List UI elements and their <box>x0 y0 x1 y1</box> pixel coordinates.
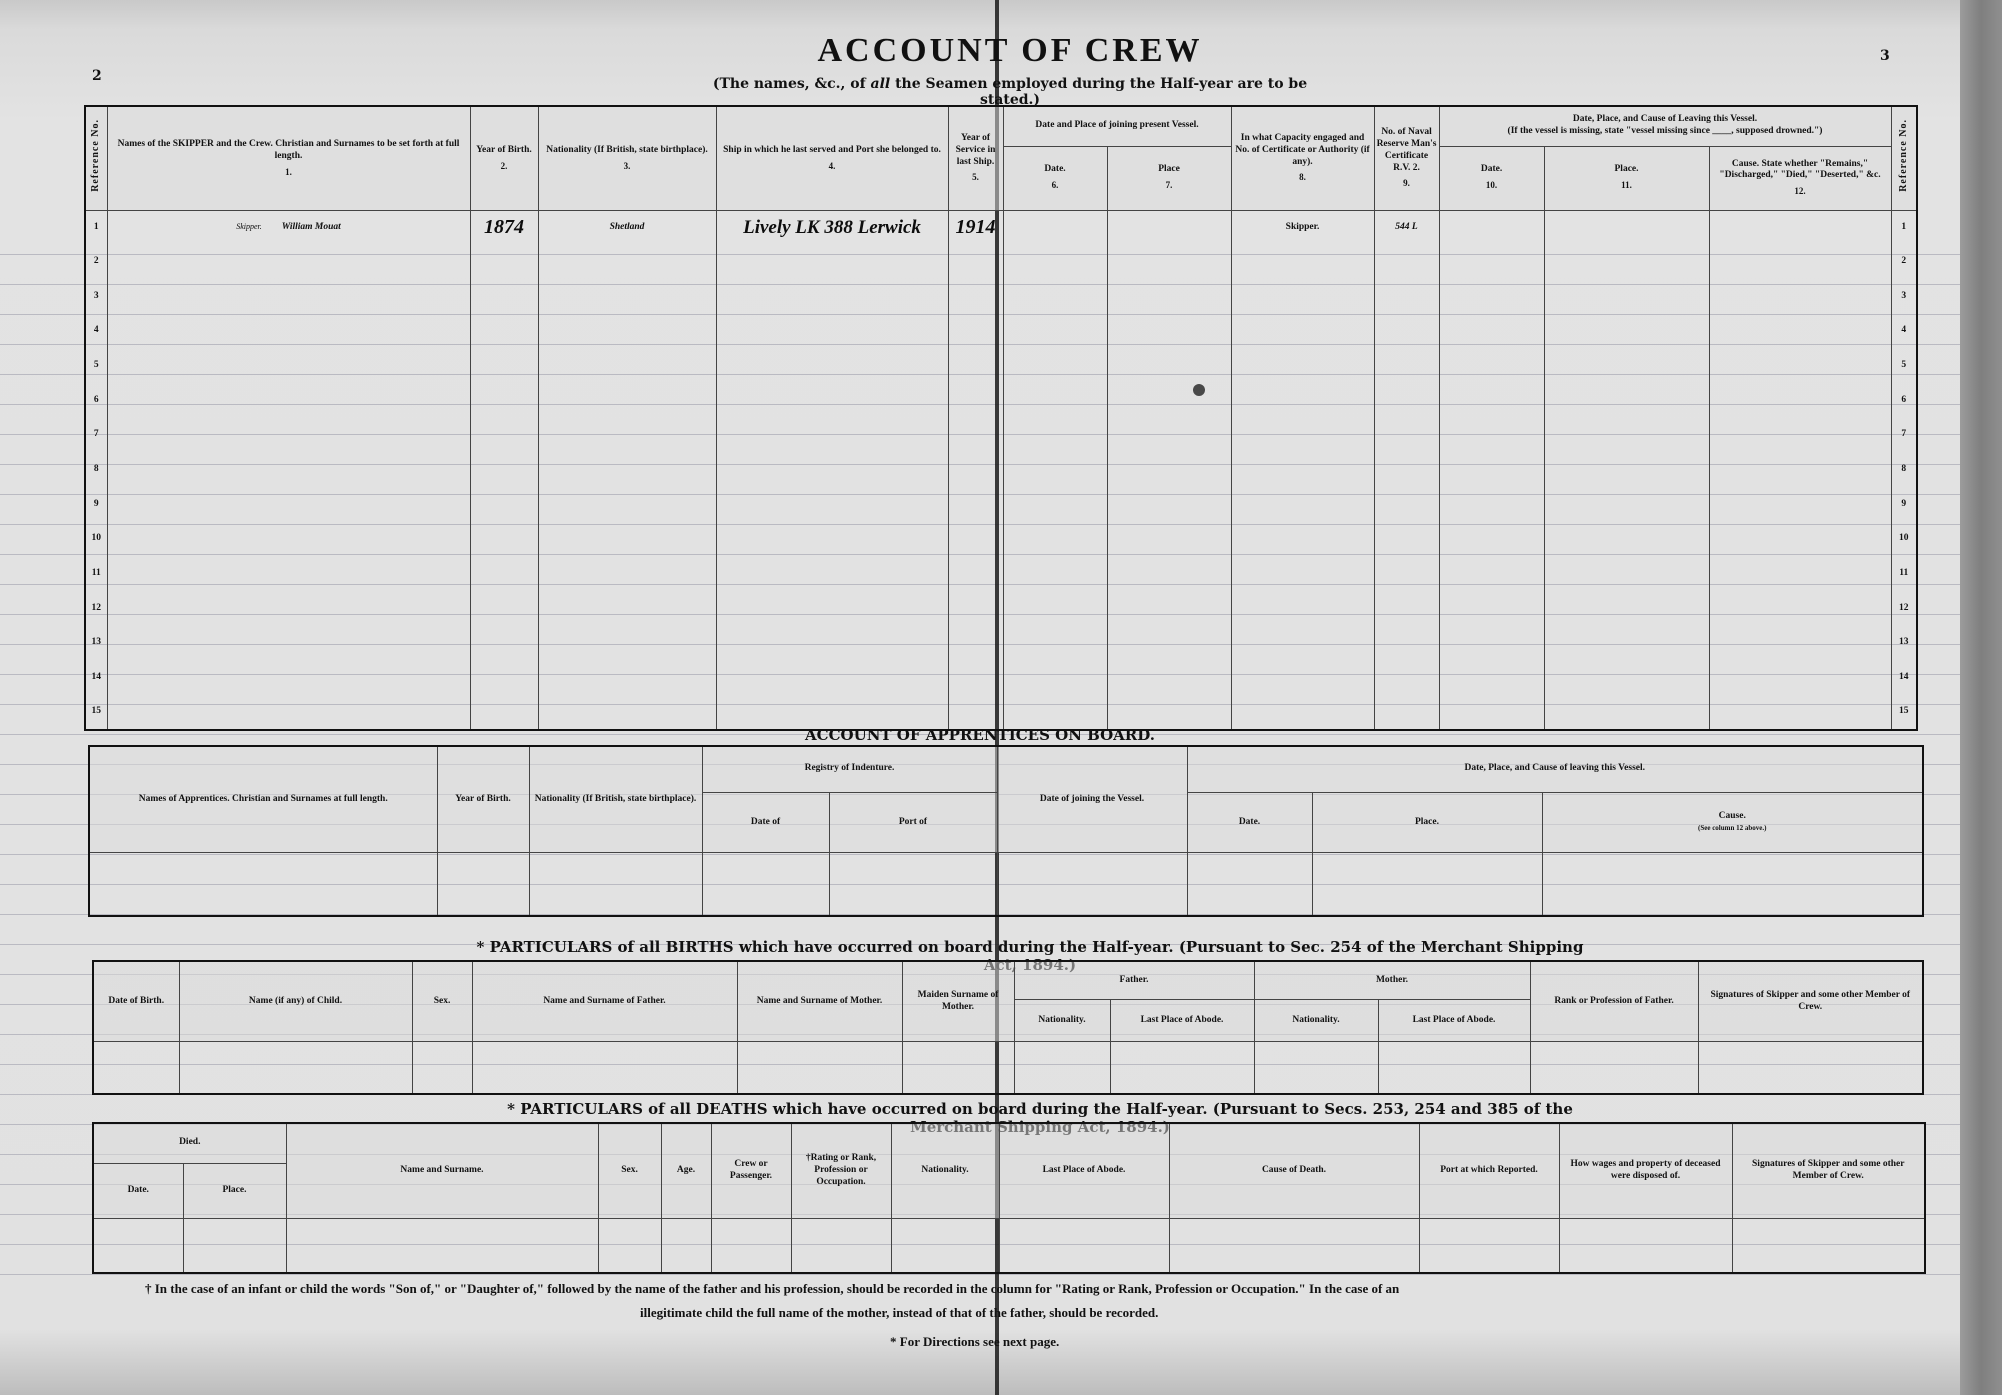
leave-cause-cell[interactable] <box>1709 418 1891 453</box>
last-ship-cell[interactable]: Lively LK 388 Lerwick <box>716 210 948 245</box>
crew-name-cell[interactable] <box>107 279 470 314</box>
year-of-birth-cell[interactable] <box>470 349 538 384</box>
header-apprentice-name: Names of Apprentices. Christian and Surn… <box>89 746 437 853</box>
leave-date-cell[interactable] <box>1439 626 1544 661</box>
leave-date-cell[interactable] <box>1439 245 1544 280</box>
join-place-cell[interactable] <box>1107 522 1231 557</box>
leave-date-cell[interactable] <box>1439 695 1544 730</box>
last-ship-cell[interactable] <box>716 383 948 418</box>
crew-row: 1212 <box>85 591 1917 626</box>
capacity-cell[interactable] <box>1231 591 1374 626</box>
reference-number: 7 <box>85 418 107 453</box>
last-ship-cell[interactable] <box>716 557 948 592</box>
reference-number-right: 13 <box>1891 626 1917 661</box>
capacity-cell[interactable] <box>1231 279 1374 314</box>
service-year-cell[interactable] <box>948 314 1003 349</box>
crew-table: Reference No. Names of the SKIPPER and t… <box>84 105 1918 731</box>
footnote-line-1: † In the case of an infant or child the … <box>145 1281 1925 1297</box>
join-place-cell[interactable] <box>1107 695 1231 730</box>
nationality-cell[interactable] <box>538 418 716 453</box>
capacity-cell[interactable] <box>1231 661 1374 696</box>
death-cell[interactable] <box>93 1218 183 1273</box>
nationality-cell[interactable] <box>538 453 716 488</box>
rv2-cell[interactable] <box>1374 349 1439 384</box>
page-subtitle: (The names, &c., of all the Seamen emplo… <box>700 76 1320 108</box>
capacity-cell[interactable] <box>1231 418 1374 453</box>
reference-number-right: 10 <box>1891 522 1917 557</box>
leave-place-cell[interactable] <box>1544 245 1709 280</box>
rv2-cell[interactable] <box>1374 418 1439 453</box>
last-ship-cell[interactable] <box>716 453 948 488</box>
apprentice-cell[interactable] <box>702 853 829 916</box>
join-place-cell[interactable] <box>1107 245 1231 280</box>
leave-cause-cell[interactable] <box>1709 695 1891 730</box>
header-apprentice-leaving: Date, Place, and Cause of leaving this V… <box>1187 746 1923 792</box>
reference-number-right: 6 <box>1891 383 1917 418</box>
apprentice-cell[interactable] <box>829 853 997 916</box>
header-apprentice-leave-date: Date. <box>1187 792 1312 853</box>
birth-cell[interactable] <box>1014 1042 1110 1095</box>
header-father-nationality: Nationality. <box>1014 1000 1110 1042</box>
leave-cause-cell[interactable] <box>1709 487 1891 522</box>
death-cell[interactable] <box>1169 1218 1419 1273</box>
rv2-cell[interactable] <box>1374 279 1439 314</box>
rv2-cell[interactable] <box>1374 245 1439 280</box>
header-leave-place: Place.11. <box>1544 146 1709 210</box>
join-date-cell[interactable] <box>1003 557 1107 592</box>
crew-name-cell[interactable] <box>107 626 470 661</box>
capacity-cell[interactable] <box>1231 349 1374 384</box>
leave-cause-cell[interactable] <box>1709 279 1891 314</box>
leave-cause-cell[interactable] <box>1709 626 1891 661</box>
rv2-cell[interactable] <box>1374 522 1439 557</box>
nationality-cell[interactable] <box>538 695 716 730</box>
service-year-cell[interactable] <box>948 626 1003 661</box>
header-leaving: Date, Place, and Cause of Leaving this V… <box>1439 106 1891 146</box>
join-date-cell[interactable] <box>1003 349 1107 384</box>
apprentice-cell[interactable] <box>529 853 702 916</box>
header-names: Names of the SKIPPER and the Crew. Chris… <box>107 106 470 210</box>
crew-row: 1111 <box>85 557 1917 592</box>
reference-number-right: 1 <box>1891 210 1917 245</box>
service-year-cell[interactable] <box>948 418 1003 453</box>
year-of-birth-cell[interactable] <box>470 591 538 626</box>
nationality-cell[interactable] <box>538 661 716 696</box>
service-year-cell[interactable] <box>948 349 1003 384</box>
page-title: ACCOUNT OF CREW <box>740 32 1280 70</box>
leave-place-cell[interactable] <box>1544 349 1709 384</box>
capacity-cell[interactable] <box>1231 487 1374 522</box>
header-apprentice-leave-cause: Cause.(See column 12 above.) <box>1542 792 1923 853</box>
header-father: Father. <box>1014 961 1254 1000</box>
join-date-cell[interactable] <box>1003 626 1107 661</box>
header-birth-signatures: Signatures of Skipper and some other Mem… <box>1698 961 1923 1042</box>
rv2-cell[interactable] <box>1374 626 1439 661</box>
death-cell[interactable] <box>286 1218 598 1273</box>
page-edge-shadow <box>1960 0 2002 1395</box>
join-date-cell[interactable] <box>1003 314 1107 349</box>
crew-name-cell[interactable] <box>107 522 470 557</box>
leave-place-cell[interactable] <box>1544 279 1709 314</box>
leave-date-cell[interactable] <box>1439 418 1544 453</box>
join-place-cell[interactable] <box>1107 487 1231 522</box>
apprentice-cell[interactable] <box>997 853 1187 916</box>
reference-number: 9 <box>85 487 107 522</box>
leave-date-cell[interactable] <box>1439 522 1544 557</box>
leave-cause-cell[interactable] <box>1709 210 1891 245</box>
leave-date-cell[interactable] <box>1439 487 1544 522</box>
crew-row: 1414 <box>85 661 1917 696</box>
nationality-cell[interactable] <box>538 626 716 661</box>
crew-row: 1010 <box>85 522 1917 557</box>
crew-row: 1313 <box>85 626 1917 661</box>
rv2-cell[interactable] <box>1374 487 1439 522</box>
leave-place-cell[interactable] <box>1544 695 1709 730</box>
death-cell[interactable] <box>711 1218 791 1273</box>
deaths-table: Died. Name and Surname. Sex. Age. Crew o… <box>92 1122 1926 1274</box>
reference-number: 1 <box>85 210 107 245</box>
reference-number-right: 15 <box>1891 695 1917 730</box>
header-apprentice-birth: Year of Birth. <box>437 746 529 853</box>
death-cell[interactable] <box>1419 1218 1559 1273</box>
service-year-cell[interactable] <box>948 591 1003 626</box>
leave-place-cell[interactable] <box>1544 453 1709 488</box>
last-ship-cell[interactable] <box>716 522 948 557</box>
header-capacity: In what Capacity engaged and No. of Cert… <box>1231 106 1374 210</box>
join-date-cell[interactable] <box>1003 418 1107 453</box>
birth-cell[interactable] <box>179 1042 412 1095</box>
crew-name: William Mouat <box>282 222 341 232</box>
header-join-place: Place7. <box>1107 146 1231 210</box>
leave-cause-cell[interactable] <box>1709 661 1891 696</box>
header-died: Died. <box>93 1123 286 1163</box>
leave-date-cell[interactable] <box>1439 279 1544 314</box>
service-year-cell[interactable] <box>948 522 1003 557</box>
leave-date-cell[interactable] <box>1439 591 1544 626</box>
last-ship-cell[interactable] <box>716 418 948 453</box>
rv2-cell[interactable] <box>1374 453 1439 488</box>
capacity-cell[interactable] <box>1231 557 1374 592</box>
header-crew-or-passenger: Crew or Passenger. <box>711 1123 791 1218</box>
leave-cause-cell[interactable] <box>1709 522 1891 557</box>
crew-row: 44 <box>85 314 1917 349</box>
service-year-cell[interactable] <box>948 279 1003 314</box>
join-place-cell[interactable] <box>1107 210 1231 245</box>
rv2-cell[interactable] <box>1374 591 1439 626</box>
crew-row: 99 <box>85 487 1917 522</box>
birth-cell[interactable] <box>1254 1042 1378 1095</box>
join-date-cell[interactable] <box>1003 279 1107 314</box>
reference-number-right: 5 <box>1891 349 1917 384</box>
header-father-abode: Last Place of Abode. <box>1110 1000 1254 1042</box>
nationality-cell[interactable] <box>538 383 716 418</box>
page-number-left: 2 <box>92 68 102 84</box>
header-death-age: Age. <box>661 1123 711 1218</box>
header-father-rank: Rank or Profession of Father. <box>1530 961 1698 1042</box>
join-place-cell[interactable] <box>1107 626 1231 661</box>
leave-date-cell[interactable] <box>1439 349 1544 384</box>
leave-place-cell[interactable] <box>1544 626 1709 661</box>
last-ship-cell[interactable] <box>716 279 948 314</box>
nationality-cell[interactable]: Shetland <box>538 210 716 245</box>
apprentice-cell[interactable] <box>1312 853 1542 916</box>
rv2-cell[interactable] <box>1374 557 1439 592</box>
crew-name-cell[interactable] <box>107 314 470 349</box>
footnote-line-2: illegitimate child the full name of the … <box>640 1305 1158 1321</box>
reference-number-right: 4 <box>1891 314 1917 349</box>
join-place-cell[interactable] <box>1107 453 1231 488</box>
capacity-cell[interactable] <box>1231 626 1374 661</box>
birth-cell[interactable] <box>1110 1042 1254 1095</box>
nationality-cell[interactable] <box>538 245 716 280</box>
crew-name-cell[interactable] <box>107 557 470 592</box>
birth-cell[interactable] <box>472 1042 737 1095</box>
service-year-cell[interactable] <box>948 695 1003 730</box>
capacity-cell[interactable]: Skipper. <box>1231 210 1374 245</box>
header-apprentice-nationality: Nationality (If British, state birthplac… <box>529 746 702 853</box>
header-year-of-birth: Year of Birth.2. <box>470 106 538 210</box>
header-registry: Registry of Indenture. <box>702 746 997 792</box>
header-birth-date: Date of Birth. <box>93 961 179 1042</box>
join-date-cell[interactable] <box>1003 210 1107 245</box>
header-reference-no-right: Reference No. <box>1891 106 1917 210</box>
nationality-cell[interactable] <box>538 314 716 349</box>
leave-place-cell[interactable] <box>1544 557 1709 592</box>
apprentice-cell[interactable] <box>437 853 529 916</box>
death-cell[interactable] <box>183 1218 286 1273</box>
header-leave-date: Date.10. <box>1439 146 1544 210</box>
header-death-name: Name and Surname. <box>286 1123 598 1218</box>
header-leave-cause: Cause. State whether "Remains," "Dischar… <box>1709 146 1891 210</box>
service-year-cell[interactable] <box>948 661 1003 696</box>
death-cell[interactable] <box>1732 1218 1925 1273</box>
crew-name-cell[interactable] <box>107 453 470 488</box>
apprentice-cell[interactable] <box>89 853 437 916</box>
year-of-birth-cell[interactable] <box>470 245 538 280</box>
crew-name-cell[interactable] <box>107 418 470 453</box>
header-death-abode: Last Place of Abode. <box>999 1123 1169 1218</box>
service-year-cell[interactable] <box>948 245 1003 280</box>
reference-number: 5 <box>85 349 107 384</box>
reference-number-right: 12 <box>1891 591 1917 626</box>
leave-date-cell[interactable] <box>1439 314 1544 349</box>
rv2-cell[interactable] <box>1374 695 1439 730</box>
nationality-cell[interactable] <box>538 487 716 522</box>
header-death-signatures: Signatures of Skipper and some other Mem… <box>1732 1123 1925 1218</box>
leave-cause-cell[interactable] <box>1709 453 1891 488</box>
year-of-birth-cell[interactable] <box>470 522 538 557</box>
apprentice-cell[interactable] <box>1187 853 1312 916</box>
last-ship-cell[interactable] <box>716 626 948 661</box>
header-mother: Mother. <box>1254 961 1530 1000</box>
year-of-birth-cell[interactable] <box>470 279 538 314</box>
leave-place-cell[interactable] <box>1544 210 1709 245</box>
crew-row: 1Skipper.William Mouat1874ShetlandLively… <box>85 210 1917 245</box>
apprentice-cell[interactable] <box>1542 853 1923 916</box>
capacity-cell[interactable] <box>1231 245 1374 280</box>
capacity-cell[interactable] <box>1231 522 1374 557</box>
crew-name-cell[interactable] <box>107 383 470 418</box>
leave-cause-cell[interactable] <box>1709 557 1891 592</box>
reference-number: 2 <box>85 245 107 280</box>
leave-date-cell[interactable] <box>1439 661 1544 696</box>
leave-cause-cell[interactable] <box>1709 383 1891 418</box>
year-of-birth-cell[interactable] <box>470 314 538 349</box>
last-ship-cell[interactable] <box>716 245 948 280</box>
nationality-cell[interactable] <box>538 279 716 314</box>
birth-cell[interactable] <box>93 1042 179 1095</box>
reference-number: 14 <box>85 661 107 696</box>
crew-name-cell[interactable]: Skipper.William Mouat <box>107 210 470 245</box>
leave-place-cell[interactable] <box>1544 591 1709 626</box>
join-date-cell[interactable] <box>1003 522 1107 557</box>
rv2-cell[interactable] <box>1374 383 1439 418</box>
leave-date-cell[interactable] <box>1439 210 1544 245</box>
header-reference-no: Reference No. <box>85 106 107 210</box>
header-nationality: Nationality (If British, state birthplac… <box>538 106 716 210</box>
join-place-cell[interactable] <box>1107 661 1231 696</box>
join-date-cell[interactable] <box>1003 591 1107 626</box>
capacity-cell[interactable] <box>1231 453 1374 488</box>
death-cell[interactable] <box>598 1218 661 1273</box>
service-year-cell[interactable]: 1914 <box>948 210 1003 245</box>
rv2-cell[interactable] <box>1374 661 1439 696</box>
leave-place-cell[interactable] <box>1544 661 1709 696</box>
crew-name-cell[interactable] <box>107 245 470 280</box>
crew-row: 55 <box>85 349 1917 384</box>
death-cell[interactable] <box>891 1218 999 1273</box>
year-of-birth-cell[interactable] <box>470 557 538 592</box>
header-death-date: Date. <box>93 1163 183 1218</box>
year-of-birth-cell[interactable] <box>470 418 538 453</box>
join-date-cell[interactable] <box>1003 661 1107 696</box>
reference-number-right: 7 <box>1891 418 1917 453</box>
join-date-cell[interactable] <box>1003 695 1107 730</box>
birth-cell[interactable] <box>737 1042 902 1095</box>
join-date-cell[interactable] <box>1003 245 1107 280</box>
nationality-cell[interactable] <box>538 591 716 626</box>
header-mother-nationality: Nationality. <box>1254 1000 1378 1042</box>
service-year-cell[interactable] <box>948 557 1003 592</box>
rv2-cell[interactable] <box>1374 314 1439 349</box>
last-ship-cell[interactable] <box>716 661 948 696</box>
reference-number-right: 3 <box>1891 279 1917 314</box>
leave-date-cell[interactable] <box>1439 453 1544 488</box>
join-place-cell[interactable] <box>1107 349 1231 384</box>
join-date-cell[interactable] <box>1003 383 1107 418</box>
death-cell[interactable] <box>1559 1218 1732 1273</box>
leave-cause-cell[interactable] <box>1709 314 1891 349</box>
header-father-name: Name and Surname of Father. <box>472 961 737 1042</box>
leave-cause-cell[interactable] <box>1709 245 1891 280</box>
header-last-ship: Ship in which he last served and Port sh… <box>716 106 948 210</box>
reference-number: 13 <box>85 626 107 661</box>
header-death-sex: Sex. <box>598 1123 661 1218</box>
header-death-nationality: Nationality. <box>891 1123 999 1218</box>
leave-cause-cell[interactable] <box>1709 349 1891 384</box>
crew-name-cell[interactable] <box>107 695 470 730</box>
birth-cell[interactable] <box>1378 1042 1530 1095</box>
year-of-birth-cell[interactable] <box>470 661 538 696</box>
crew-name-cell[interactable] <box>107 661 470 696</box>
leave-place-cell[interactable] <box>1544 314 1709 349</box>
header-rating: †Rating or Rank, Profession or Occupatio… <box>791 1123 891 1218</box>
birth-cell[interactable] <box>902 1042 1014 1095</box>
leave-place-cell[interactable] <box>1544 522 1709 557</box>
last-ship-cell[interactable] <box>716 695 948 730</box>
nationality-cell[interactable] <box>538 522 716 557</box>
death-cell[interactable] <box>791 1218 891 1273</box>
year-of-birth-cell[interactable] <box>470 383 538 418</box>
join-place-cell[interactable] <box>1107 279 1231 314</box>
header-naval-reserve: No. of Naval Reserve Man's Certificate R… <box>1374 106 1439 210</box>
year-of-birth-cell[interactable]: 1874 <box>470 210 538 245</box>
year-of-birth-cell[interactable] <box>470 695 538 730</box>
death-cell[interactable] <box>661 1218 711 1273</box>
crew-row: 22 <box>85 245 1917 280</box>
join-date-cell[interactable] <box>1003 487 1107 522</box>
join-place-cell[interactable] <box>1107 383 1231 418</box>
year-of-birth-cell[interactable] <box>470 626 538 661</box>
year-of-birth-cell[interactable] <box>470 453 538 488</box>
leave-date-cell[interactable] <box>1439 557 1544 592</box>
leave-place-cell[interactable] <box>1544 383 1709 418</box>
death-cell[interactable] <box>999 1218 1169 1273</box>
birth-cell[interactable] <box>1530 1042 1698 1095</box>
crew-name-cell[interactable] <box>107 349 470 384</box>
crew-name-cell[interactable] <box>107 591 470 626</box>
header-maiden-name: Maiden Surname of Mother. <box>902 961 1014 1042</box>
nationality-cell[interactable] <box>538 557 716 592</box>
capacity-cell[interactable] <box>1231 314 1374 349</box>
last-ship-cell[interactable] <box>716 487 948 522</box>
leave-date-cell[interactable] <box>1439 383 1544 418</box>
join-place-cell[interactable] <box>1107 591 1231 626</box>
capacity-cell[interactable] <box>1231 383 1374 418</box>
leave-cause-cell[interactable] <box>1709 591 1891 626</box>
leave-place-cell[interactable] <box>1544 487 1709 522</box>
nationality-cell[interactable] <box>538 349 716 384</box>
reference-number: 6 <box>85 383 107 418</box>
birth-cell[interactable] <box>412 1042 472 1095</box>
crew-name-cell[interactable] <box>107 487 470 522</box>
last-ship-cell[interactable] <box>716 591 948 626</box>
last-ship-cell[interactable] <box>716 314 948 349</box>
birth-cell[interactable] <box>1698 1042 1923 1095</box>
join-place-cell[interactable] <box>1107 557 1231 592</box>
reference-number-right: 8 <box>1891 453 1917 488</box>
join-place-cell[interactable] <box>1107 418 1231 453</box>
join-date-cell[interactable] <box>1003 453 1107 488</box>
reference-number: 15 <box>85 695 107 730</box>
leave-place-cell[interactable] <box>1544 418 1709 453</box>
reference-number: 4 <box>85 314 107 349</box>
service-year-cell[interactable] <box>948 383 1003 418</box>
join-place-cell[interactable] <box>1107 314 1231 349</box>
capacity-cell[interactable] <box>1231 695 1374 730</box>
reference-number-right: 2 <box>1891 245 1917 280</box>
rv2-cell[interactable]: 544 L <box>1374 210 1439 245</box>
footnote-directions: * For Directions see next page. <box>890 1334 1059 1350</box>
header-child-name: Name (if any) of Child. <box>179 961 412 1042</box>
header-death-place: Place. <box>183 1163 286 1218</box>
service-year-cell[interactable] <box>948 453 1003 488</box>
last-ship-cell[interactable] <box>716 349 948 384</box>
service-year-cell[interactable] <box>948 487 1003 522</box>
year-of-birth-cell[interactable] <box>470 487 538 522</box>
apprentices-title: ACCOUNT OF APPRENTICES ON BOARD. <box>780 726 1180 744</box>
header-birth-sex: Sex. <box>412 961 472 1042</box>
